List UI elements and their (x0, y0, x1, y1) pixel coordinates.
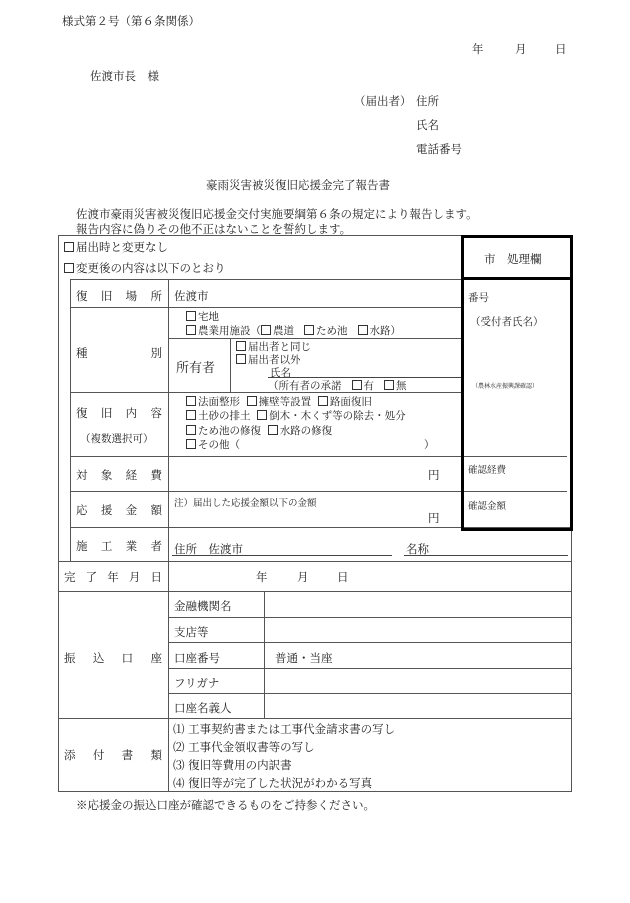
content-sublabel: （複数選択可） (80, 431, 154, 446)
panel-dept-confirm: （農林水産振興課確認） (472, 381, 538, 390)
option-changed[interactable]: 変更後の内容は以下のとおり (64, 260, 226, 276)
name-label: 氏名 (416, 117, 439, 133)
option-residential[interactable]: 宅地 (186, 309, 219, 324)
account-type[interactable]: 普通・当座 (275, 650, 333, 666)
location-value[interactable]: 佐渡市 (174, 288, 209, 304)
contractor-label: 施工業者 (76, 538, 162, 554)
content-label: 復旧内容 (76, 405, 162, 421)
city-panel-title: 市 処理欄 (484, 251, 542, 267)
checkbox[interactable] (64, 242, 74, 252)
checkbox-consent-no[interactable] (384, 380, 394, 390)
attachment-item-1: ⑴ 工事契約書または工事代金請求書の写し (173, 721, 395, 737)
attachment-item-4: ⑷ 復旧等が完了した状況がわかる写真 (173, 775, 372, 791)
bank-name-label: 金融機関名 (174, 598, 232, 614)
addressee: 佐渡市長 様 (90, 68, 159, 84)
form-number: 様式第２号（第６条関係） (62, 13, 200, 29)
panel-confirmed-cost: 確認経費 (468, 462, 506, 476)
contractor-name-line (404, 555, 568, 556)
completion-label: 完了年月日 (64, 569, 162, 585)
panel-confirmed-amount: 確認金額 (468, 498, 506, 512)
attachment-item-3: ⑶ 復旧等費用の内訳書 (173, 757, 292, 773)
checkbox-pond[interactable] (304, 325, 314, 335)
checkbox-waterway[interactable] (358, 325, 368, 335)
content-option-other[interactable]: その他（ (186, 437, 240, 452)
content-options-row-2[interactable]: 土砂の排土 倒木・木くず等の除去・処分 (186, 408, 406, 423)
panel-number-label: 番号 (468, 290, 489, 305)
footer-note: ※応援金の振込口座が確認できるものをご持参ください。 (76, 797, 375, 813)
cost-label: 対象経費 (76, 467, 162, 483)
close-paren: ） (424, 437, 435, 452)
support-unit: 円 (428, 510, 440, 526)
date-month: 月 (515, 41, 527, 57)
content-options-row-3[interactable]: ため池の修復 水路の修復 (186, 423, 332, 438)
completion-day[interactable]: 日 (337, 569, 349, 585)
location-label: 復旧場所 (76, 288, 162, 304)
cost-unit: 円 (428, 467, 440, 483)
content-options-row-1[interactable]: 法面整形 擁壁等設置 路面復旧 (186, 394, 372, 409)
address-label: 住所 (416, 93, 439, 109)
type-label: 種別 (76, 345, 162, 361)
branch-label: 支店等 (174, 624, 209, 640)
checkbox-farm-road[interactable] (261, 325, 271, 335)
support-label: 応援金額 (76, 502, 162, 518)
owner-label: 所有者 (176, 357, 215, 376)
support-note: 注）届出した応援金額以下の金額 (174, 495, 317, 509)
phone-label: 電話番号 (416, 141, 462, 157)
attachments-label: 添付書類 (64, 747, 162, 763)
option-no-change[interactable]: 届出時と変更なし (64, 239, 168, 255)
checkbox-consent-yes[interactable] (352, 380, 362, 390)
contractor-address-line (172, 555, 392, 556)
account-holder-label: 口座名義人 (174, 700, 232, 716)
account-number-label: 口座番号 (174, 650, 220, 666)
applicant-label: （届出者） (354, 93, 412, 109)
consent-row: （所有者の承諾 有 無 (268, 378, 407, 393)
checkbox[interactable] (64, 263, 74, 273)
completion-month[interactable]: 月 (297, 569, 309, 585)
attachment-item-2: ⑵ 工事代金領収書等の写し (173, 739, 315, 755)
option-agri-facility[interactable]: 農業用施設（農道 ため池 水路） (186, 323, 401, 338)
document-title: 豪雨災害被災復旧応援金完了報告書 (206, 177, 390, 193)
furigana-label: フリガナ (174, 675, 219, 691)
date-day: 日 (555, 41, 567, 57)
date-year: 年 (472, 41, 484, 57)
intro-line-1: 佐渡市豪雨災害被災復旧応援金交付実施要綱第６条の規定により報告します。 (76, 206, 478, 222)
bank-label: 振込口座 (64, 650, 162, 666)
panel-receiver-label: （受付者氏名） (470, 314, 544, 329)
completion-year[interactable]: 年 (256, 569, 268, 585)
